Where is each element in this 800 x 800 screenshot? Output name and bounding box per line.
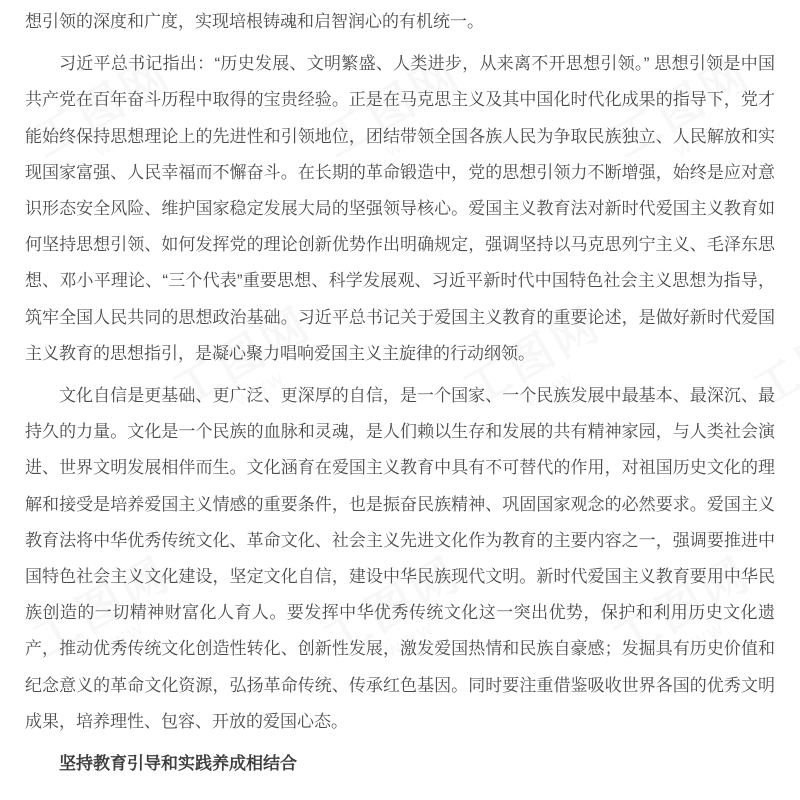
section-heading: 坚持教育引导和实践养成相结合 xyxy=(25,746,775,782)
document-content: 想引领的深度和广度，实现培根铸魂和启智润心的有机统一。 习近平总书记指出：“历史… xyxy=(0,0,800,782)
paragraph-continuation: 想引领的深度和广度，实现培根铸魂和启智润心的有机统一。 xyxy=(25,4,775,40)
paragraph-thought-leadership: 习近平总书记指出：“历史发展、文明繁盛、人类进步，从来离不开思想引领。” 思想引… xyxy=(25,46,775,372)
paragraph-cultural-confidence: 文化自信是更基础、更广泛、更深厚的自信，是一个国家、一个民族发展中最基本、最深沉… xyxy=(25,378,775,740)
document-page: 工图网WWW工图网WWW工图网WWW工图网WWW工图网WWW工图网WWW工图网W… xyxy=(0,0,800,800)
